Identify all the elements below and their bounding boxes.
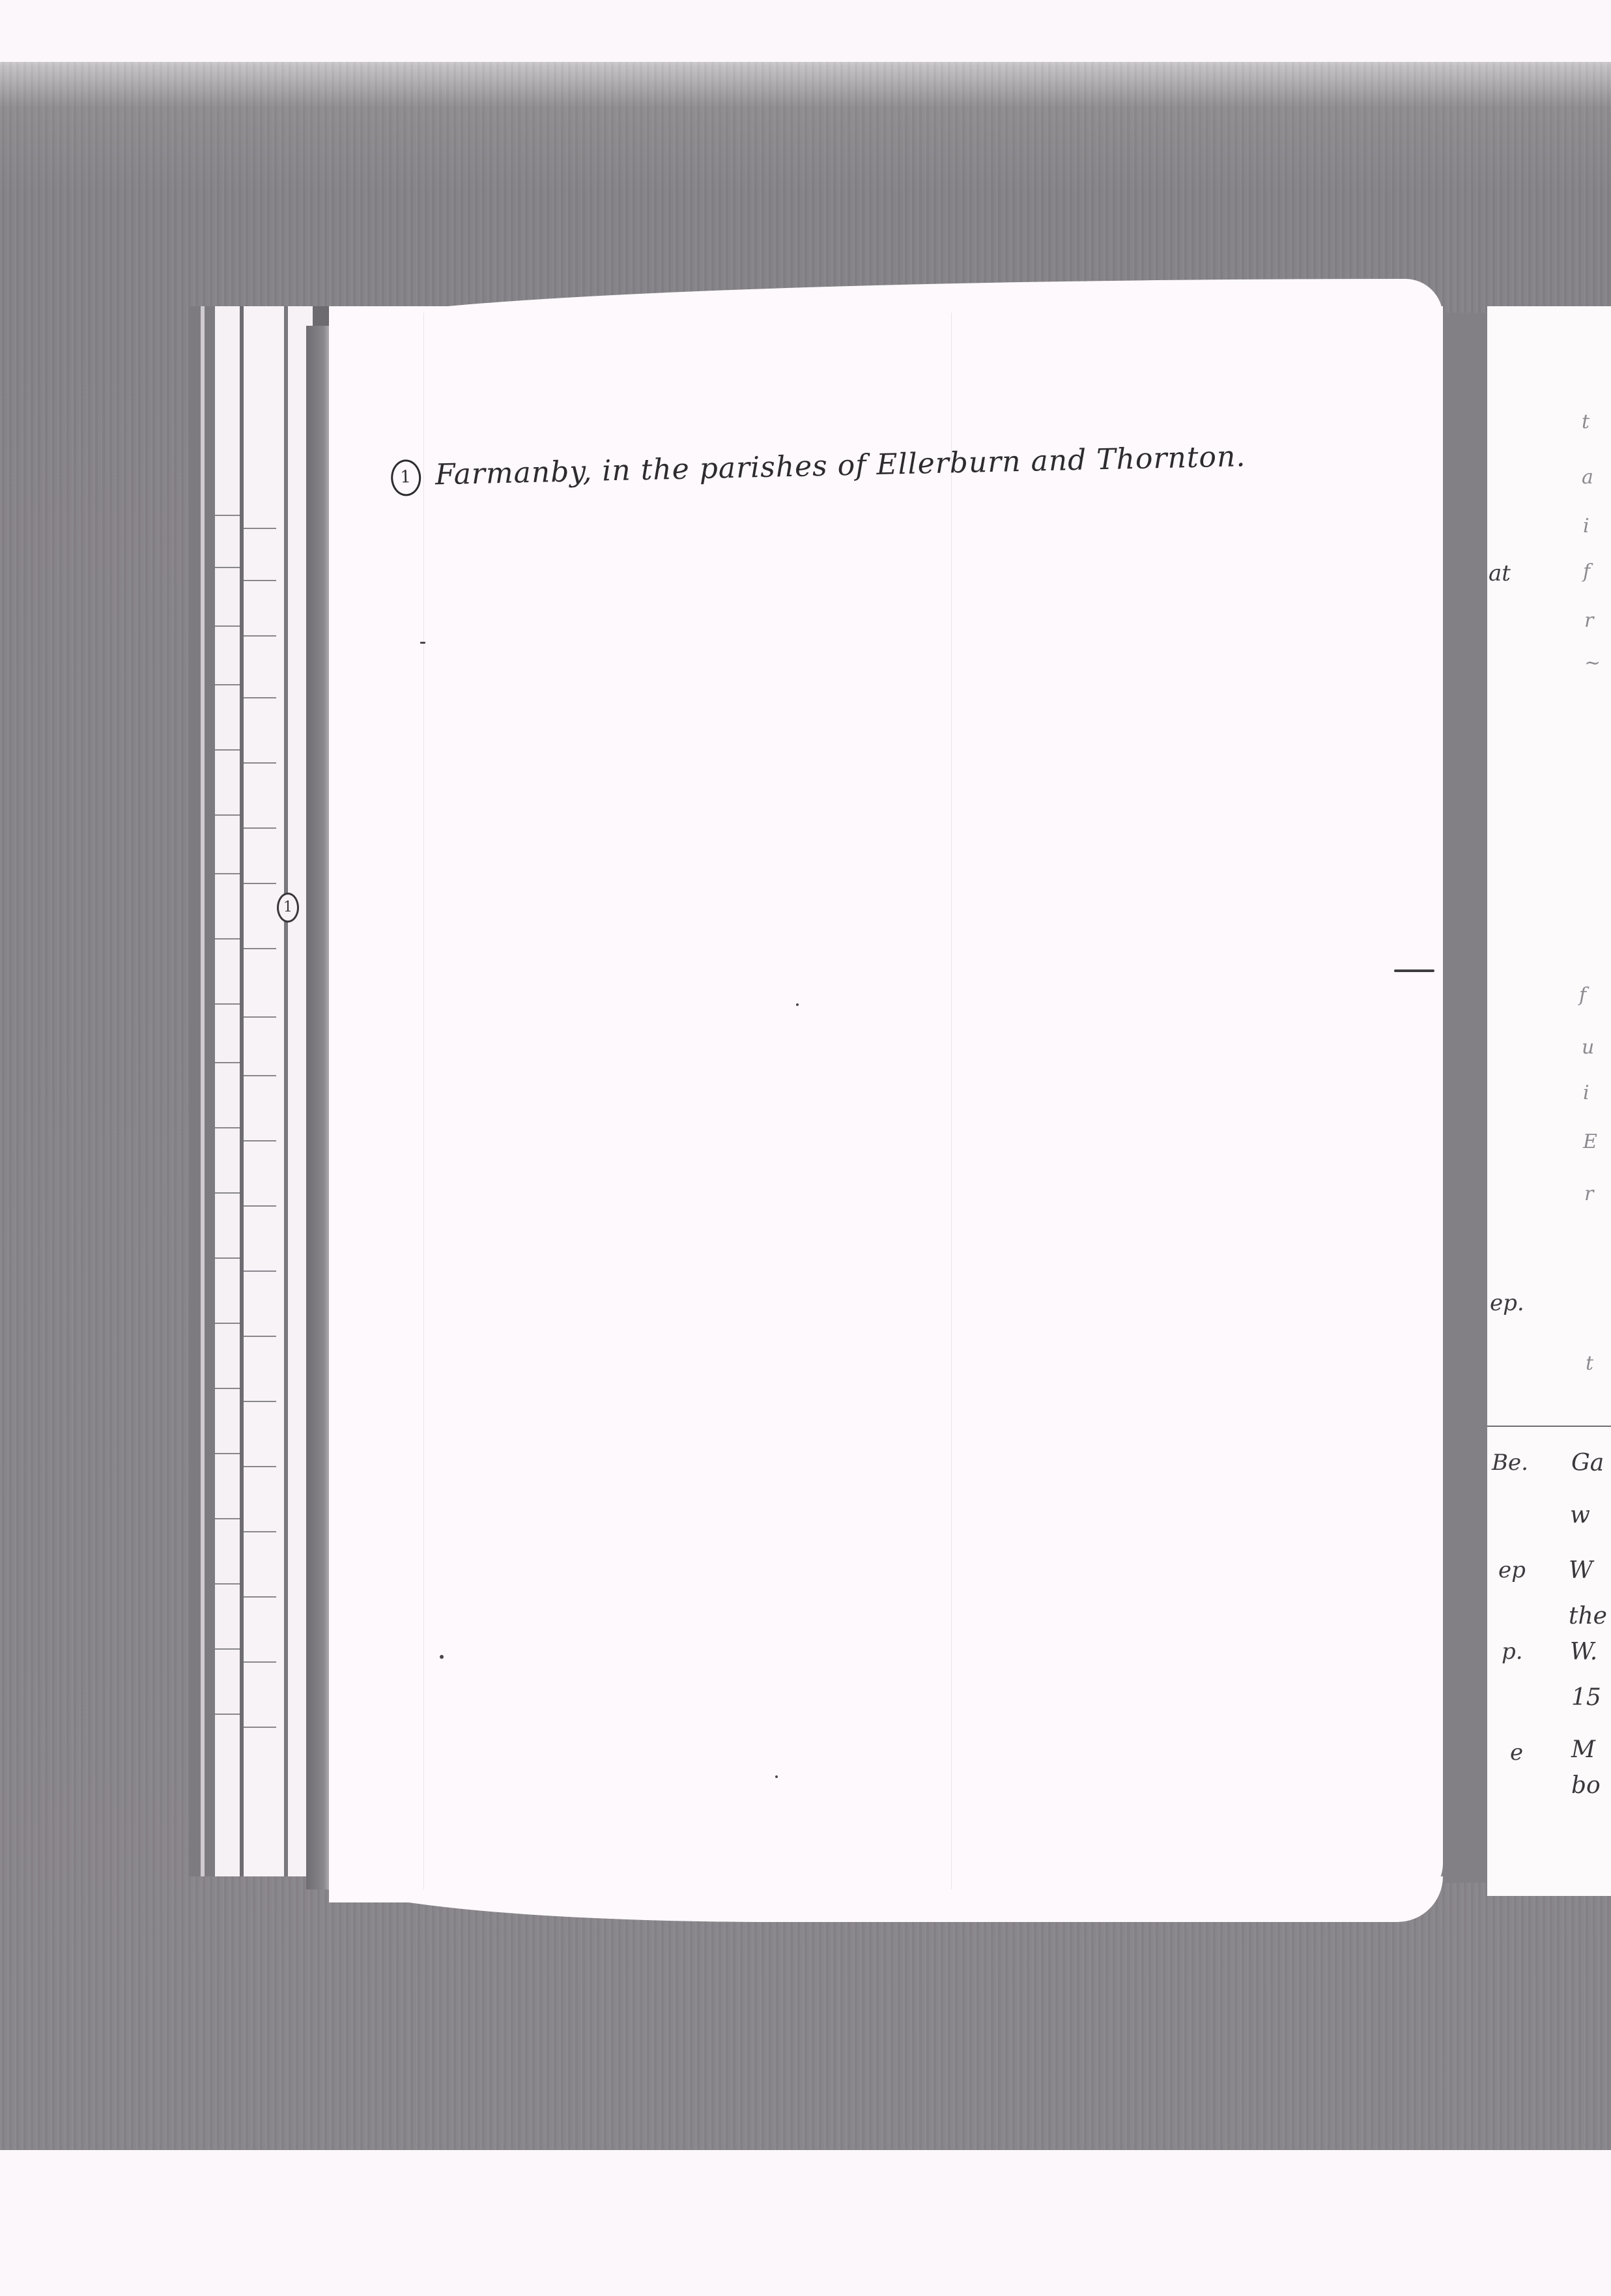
scan-top-margin — [0, 0, 1611, 65]
scan-speck — [420, 642, 425, 644]
facing-fragment: u — [1582, 1036, 1594, 1059]
scan-bottom-margin — [0, 2150, 1611, 2296]
facing-fragment: i — [1583, 515, 1590, 538]
margin-note-marker: 1 — [277, 893, 299, 923]
facing-fragment: a — [1582, 466, 1593, 489]
facing-fragment: at — [1489, 560, 1511, 586]
facing-fragment: Be. — [1492, 1450, 1528, 1476]
ledger-page — [329, 306, 1443, 1902]
right-binding-shadow — [1443, 313, 1487, 1883]
faint-column-rule — [423, 313, 424, 1889]
facing-fragment: W — [1569, 1557, 1593, 1584]
facing-fragment: f — [1583, 560, 1590, 583]
facing-fragment: r — [1584, 609, 1593, 632]
facing-fragment: ep — [1498, 1557, 1526, 1583]
facing-fragment: f — [1579, 984, 1586, 1007]
facing-fragment: r — [1584, 1183, 1593, 1205]
faint-column-rule — [951, 313, 952, 1889]
facing-fragment: i — [1583, 1082, 1590, 1104]
facing-fragment: p. — [1502, 1639, 1523, 1665]
scan-speck — [440, 1655, 444, 1659]
facing-fragment: M — [1571, 1736, 1595, 1763]
facing-fragment: t — [1586, 1352, 1593, 1375]
scan-speck — [775, 1775, 778, 1778]
facing-fragment: bo — [1571, 1772, 1601, 1799]
facing-fragment: w — [1570, 1502, 1590, 1528]
facing-fragment: the — [1569, 1603, 1607, 1629]
entry-number-marker: 1 — [391, 459, 421, 496]
facing-fragment: t — [1582, 410, 1590, 433]
scan-speck — [796, 1003, 799, 1006]
facing-fragment: E — [1583, 1130, 1597, 1153]
facing-fragment: 15 — [1571, 1684, 1601, 1711]
facing-fragment: ep. — [1490, 1290, 1524, 1316]
facing-page-rule — [1487, 1426, 1611, 1427]
facing-fragment: ~ — [1584, 652, 1601, 674]
facing-fragment: e — [1510, 1740, 1523, 1766]
ink-dash-mark — [1394, 969, 1434, 972]
facing-fragment: W. — [1570, 1639, 1597, 1665]
facing-fragment: Ga — [1571, 1450, 1604, 1476]
